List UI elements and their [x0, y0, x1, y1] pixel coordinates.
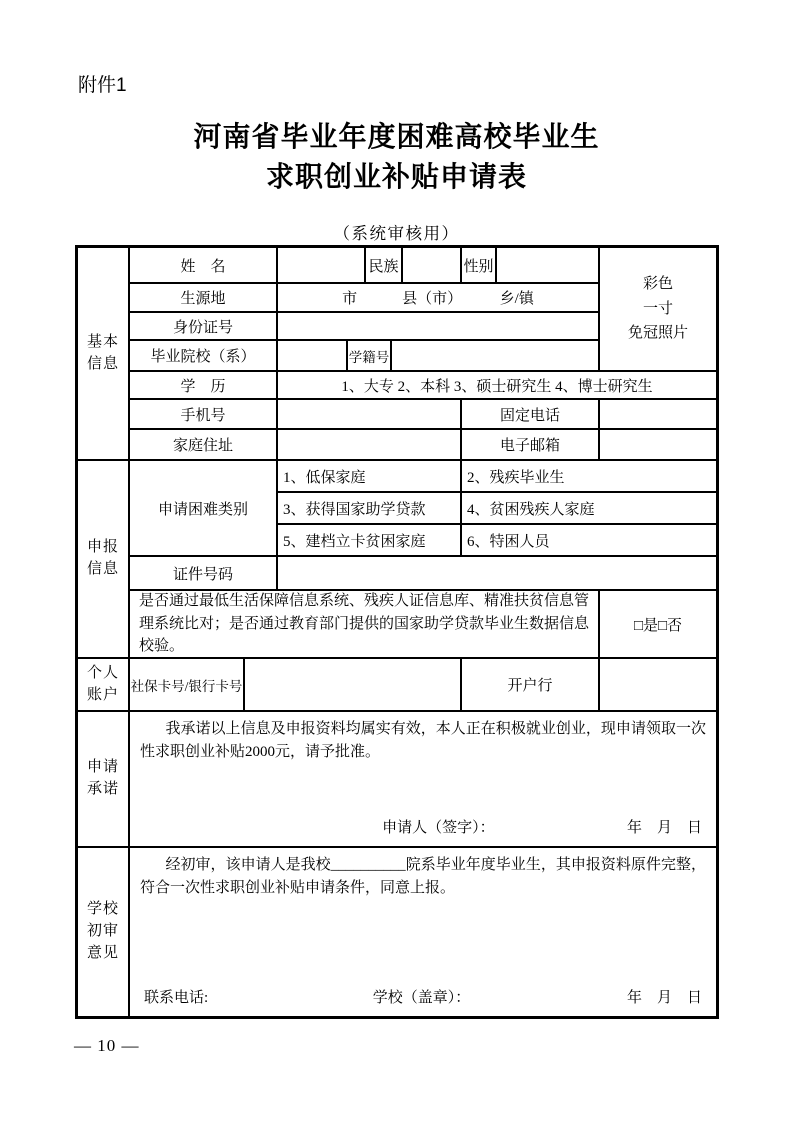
id-number-label: 身份证号 — [130, 313, 278, 341]
education-options: 1、大专 2、本科 3、硕士研究生 4、博士研究生 — [278, 372, 716, 400]
section-label-declare-info: 申报 信息 — [78, 461, 130, 659]
verification-statement: 是否通过最低生活保障信息系统、残疾人证信息库、精准扶贫信息管理系统比对；是否通过… — [130, 591, 600, 659]
bank-branch-label: 开户行 — [462, 659, 600, 712]
form-title-line2: 求职创业补贴申请表 — [266, 162, 527, 193]
home-address-label: 家庭住址 — [130, 430, 278, 461]
email-label: 电子邮箱 — [462, 430, 600, 461]
verification-yes-no-checkboxes: □是□否 — [600, 591, 716, 659]
mobile-label: 手机号 — [130, 400, 278, 430]
gender-label: 性别 — [462, 248, 497, 284]
card-number-label: 社保卡号/银行卡号 — [130, 659, 245, 712]
section-label-school-review: 学校 初审 意见 — [78, 848, 130, 1016]
school-stamp-label: 学校（盖章）： — [373, 986, 471, 1007]
difficulty-option-3: 3、获得国家助学贷款 — [278, 493, 462, 525]
application-form-table: 基本 信息 申报 信息 个人 账户 申请 承诺 学校 初审 意见 姓 名 民族 … — [75, 245, 719, 1019]
form-subtitle: （系统审核用） — [0, 220, 793, 244]
email-value-cell — [600, 430, 716, 461]
home-address-value-cell — [278, 430, 462, 461]
landline-label: 固定电话 — [462, 400, 600, 430]
landline-value-cell — [600, 400, 716, 430]
promise-text: 我承诺以上信息及申报资料均属实有效，本人正在积极就业创业，现申请领取一次性求职创… — [130, 712, 716, 765]
difficulty-option-5: 5、建档立卡贫困家庭 — [278, 525, 462, 557]
section-label-basic-info: 基本 信息 — [78, 248, 130, 461]
promise-date-label: 年 月 日 — [627, 816, 702, 837]
difficulty-option-2: 2、残疾毕业生 — [462, 461, 716, 493]
photo-placeholder-note: 彩色 一寸 免冠照片 — [600, 248, 716, 372]
certificate-number-value-cell — [278, 557, 716, 591]
page-number: — 10 — — [74, 1036, 140, 1056]
form-title-line1: 河南省毕业年度困难高校毕业生 — [193, 122, 599, 153]
promise-signature-line: 申请人（签字）： 年 月 日 — [130, 816, 716, 846]
name-label: 姓 名 — [130, 248, 278, 284]
school-date-label: 年 月 日 — [627, 986, 702, 1007]
college-label: 毕业院校（系） — [130, 341, 278, 372]
section-label-personal-account: 个人 账户 — [78, 659, 130, 712]
difficulty-category-label: 申请困难类别 — [130, 461, 278, 557]
college-value-cell — [278, 341, 348, 372]
difficulty-option-4: 4、贫困残疾人家庭 — [462, 493, 716, 525]
mobile-value-cell — [278, 400, 462, 430]
card-number-value-cell — [245, 659, 462, 712]
document-page: 附件1 河南省毕业年度困难高校毕业生求职创业补贴申请表 （系统审核用） 基本 信… — [0, 0, 793, 1122]
promise-cell: 我承诺以上信息及申报资料均属实有效，本人正在积极就业创业，现申请领取一次性求职创… — [130, 712, 716, 848]
contact-phone-label: 联系电话: — [144, 986, 208, 1007]
certificate-number-label: 证件号码 — [130, 557, 278, 591]
student-id-value-cell — [392, 341, 600, 372]
student-id-label: 学籍号 — [348, 341, 392, 372]
school-review-text: 经初审，该申请人是我校__________院系毕业年度毕业生，其申报资料原件完整… — [130, 848, 716, 901]
school-review-cell: 经初审，该申请人是我校__________院系毕业年度毕业生，其申报资料原件完整… — [130, 848, 716, 1016]
id-number-value-cell — [278, 313, 600, 341]
attachment-label: 附件1 — [78, 70, 127, 97]
ethnicity-label: 民族 — [366, 248, 403, 284]
bank-branch-value-cell — [600, 659, 716, 712]
education-label: 学 历 — [130, 372, 278, 400]
name-value-cell — [278, 248, 366, 284]
origin-value-cell: 市 县（市） 乡/镇 — [278, 284, 600, 313]
origin-label: 生源地 — [130, 284, 278, 313]
form-title: 河南省毕业年度困难高校毕业生求职创业补贴申请表 — [0, 118, 793, 198]
ethnicity-value-cell — [403, 248, 462, 284]
school-review-signature-line: 联系电话: 学校（盖章）： 年 月 日 — [130, 986, 716, 1016]
gender-value-cell — [497, 248, 600, 284]
difficulty-option-1: 1、低保家庭 — [278, 461, 462, 493]
applicant-sign-label: 申请人（签字）： — [382, 816, 495, 837]
section-label-applicant-promise: 申请 承诺 — [78, 712, 130, 848]
difficulty-option-6: 6、特困人员 — [462, 525, 716, 557]
